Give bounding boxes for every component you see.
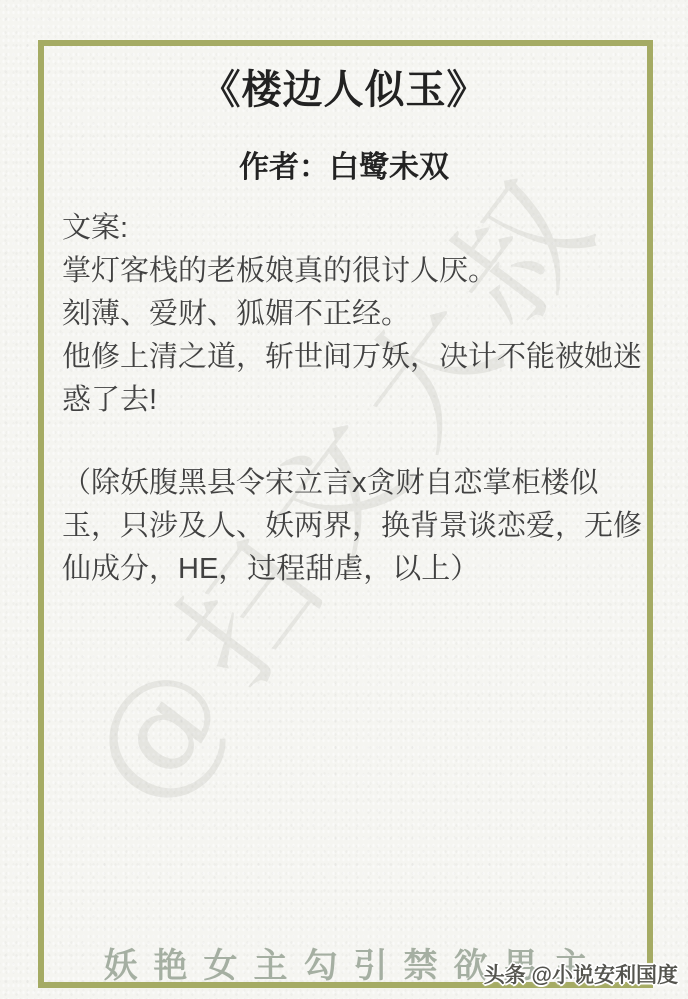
paragraph-spacer <box>62 422 652 462</box>
blurb-line: 惑了去! <box>62 379 652 422</box>
blurb-line: 掌灯客栈的老板娘真的很讨人厌。 <box>62 250 652 293</box>
platform-watermark: 头条 @小说安利国度 <box>484 959 678 989</box>
blurb-line: 他修上清之道，斩世间万妖，决计不能被她迷 <box>62 336 652 379</box>
book-title: 《楼边人似玉》 <box>0 58 688 115</box>
book-author: 作者：白鹭未双 <box>0 142 688 186</box>
blurb-section: 文案: 掌灯客栈的老板娘真的很讨人厌。 刻薄、爱财、狐媚不正经。 他修上清之道，… <box>62 207 652 591</box>
note-line: 玉，只涉及人、妖两界，换背景谈恋爱，无修 <box>62 505 652 548</box>
note-line: （除妖腹黑县令宋立言x贪财自恋掌柜楼似 <box>62 462 652 505</box>
blurb-label: 文案: <box>62 207 652 250</box>
note-line: 仙成分，HE，过程甜虐，以上） <box>62 548 652 591</box>
book-promo-card: @扫文大叔 《楼边人似玉》 作者：白鹭未双 文案: 掌灯客栈的老板娘真的很讨人厌… <box>0 0 688 999</box>
blurb-line: 刻薄、爱财、狐媚不正经。 <box>62 293 652 336</box>
